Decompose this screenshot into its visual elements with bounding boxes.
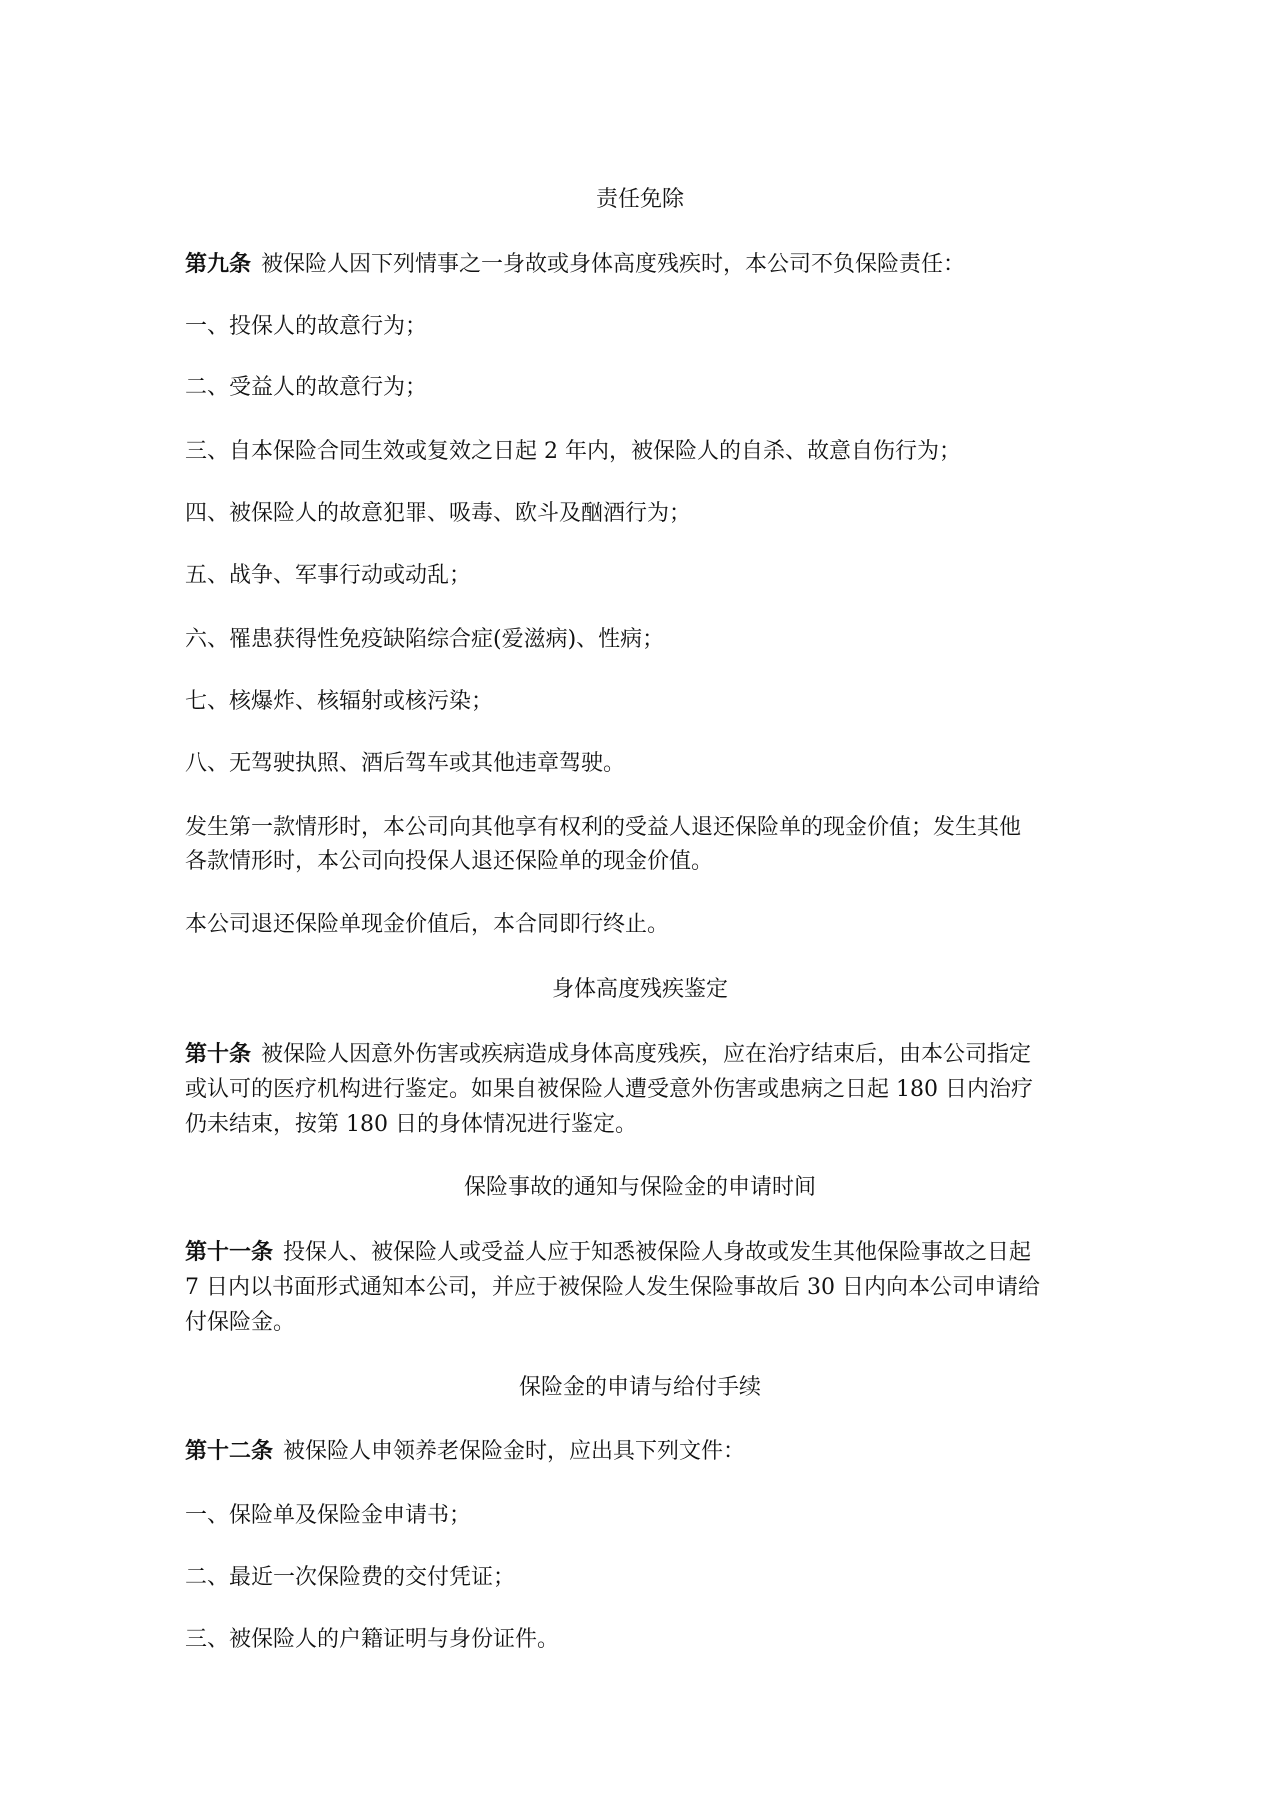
- list-item: 二、受益人的故意行为；: [185, 371, 427, 405]
- list-item: 一、保险单及保险金申请书；: [185, 1499, 471, 1533]
- paragraph-line: 7 日内以书面形式通知本公司，并应于被保险人发生保险事故后 30 日内向本公司申…: [185, 1271, 1040, 1305]
- article-text: 被保险人因意外伤害或疾病造成身体高度残疾，应在治疗结束后，由本公司指定: [261, 1042, 1031, 1067]
- list-item: 三、自本保险合同生效或复效之日起 2 年内，被保险人的自杀、故意自伤行为；: [185, 435, 961, 469]
- article-text: 被保险人申领养老保险金时，应出具下列文件：: [283, 1439, 745, 1464]
- paragraph-line: 发生第一款情形时，本公司向其他享有权利的受益人退还保险单的现金价值；发生其他: [185, 811, 1021, 845]
- article-label: 第十一条: [185, 1240, 273, 1265]
- paragraph-line: 仍未结束，按第 180 日的身体情况进行鉴定。: [185, 1108, 637, 1142]
- article-text: 被保险人因下列情事之一身故或身体高度残疾时，本公司不负保险责任：: [261, 252, 965, 277]
- article-label: 第十二条: [185, 1439, 273, 1464]
- list-item: 二、最近一次保险费的交付凭证；: [185, 1561, 515, 1595]
- paragraph-line: 各款情形时，本公司向投保人退还保险单的现金价值。: [185, 845, 713, 879]
- paragraph-line: 或认可的医疗机构进行鉴定。如果自被保险人遭受意外伤害或患病之日起 180 日内治…: [185, 1073, 1033, 1107]
- list-item: 七、核爆炸、核辐射或核污染；: [185, 685, 493, 719]
- article-10: 第十条被保险人因意外伤害或疾病造成身体高度残疾，应在治疗结束后，由本公司指定: [185, 1038, 1031, 1072]
- paragraph-line: 付保险金。: [185, 1306, 295, 1340]
- section-heading-notification: 保险事故的通知与保险金的申请时间: [0, 1171, 1280, 1205]
- section-heading-exemptions: 责任免除: [0, 183, 1280, 217]
- section-heading-disability-assessment: 身体高度残疾鉴定: [0, 973, 1280, 1007]
- article-9: 第九条被保险人因下列情事之一身故或身体高度残疾时，本公司不负保险责任：: [185, 248, 965, 282]
- article-label: 第九条: [185, 252, 251, 277]
- article-11: 第十一条投保人、被保险人或受益人应于知悉被保险人身故或发生其他保险事故之日起: [185, 1236, 1031, 1270]
- article-12: 第十二条被保险人申领养老保险金时，应出具下列文件：: [185, 1435, 745, 1469]
- paragraph-line: 本公司退还保险单现金价值后，本合同即行终止。: [185, 908, 669, 942]
- list-item: 五、战争、军事行动或动乱；: [185, 559, 471, 593]
- list-item: 一、投保人的故意行为；: [185, 310, 427, 344]
- section-heading-claim-procedure: 保险金的申请与给付手续: [0, 1371, 1280, 1405]
- list-item: 八、无驾驶执照、酒后驾车或其他违章驾驶。: [185, 747, 625, 781]
- list-item: 六、罹患获得性免疫缺陷综合症(爱滋病)、性病；: [185, 623, 664, 657]
- article-label: 第十条: [185, 1042, 251, 1067]
- list-item: 四、被保险人的故意犯罪、吸毒、欧斗及酗酒行为；: [185, 497, 691, 531]
- list-item: 三、被保险人的户籍证明与身份证件。: [185, 1623, 559, 1657]
- article-text: 投保人、被保险人或受益人应于知悉被保险人身故或发生其他保险事故之日起: [283, 1240, 1031, 1265]
